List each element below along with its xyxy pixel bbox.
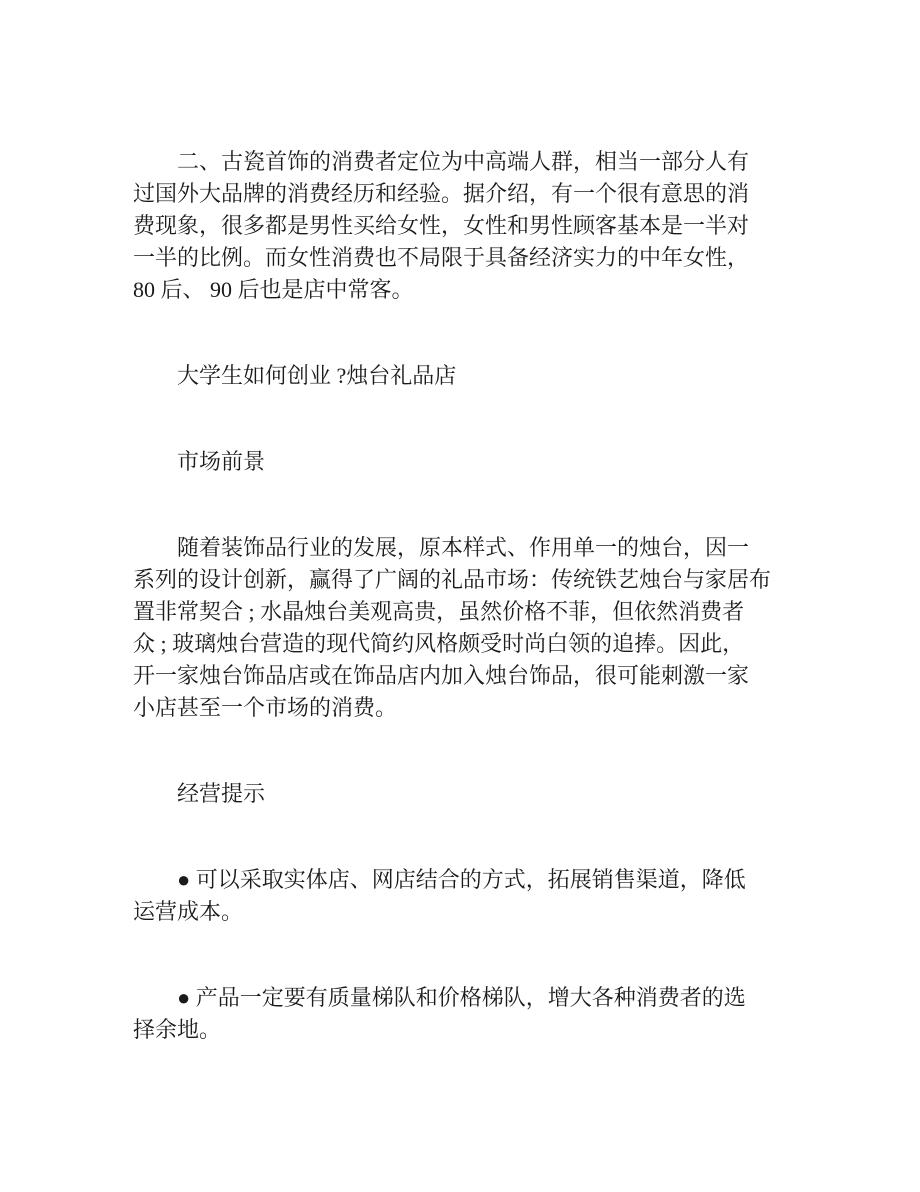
section-heading-candle-gift-shop: 大学生如何创业 ?烛台礼品店 [133, 360, 813, 392]
subheading-market-outlook: 市场前景 [133, 446, 813, 478]
subheading-business-tips: 经营提示 [133, 778, 813, 810]
document-page: 二、古瓷首饰的消费者定位为中高端人群，相当一部分人有 过国外大品牌的消费经历和经… [0, 0, 920, 1192]
bullet-item-sales-channels: ● 可以采取实体店、网店结合的方式，拓展销售渠道，降低 运营成本。 [133, 864, 813, 928]
bullet-item-product-tiers: ● 产品一定要有质量梯队和价格梯队，增大各种消费者的选 择余地。 [133, 982, 813, 1046]
paragraph-consumer-positioning: 二、古瓷首饰的消费者定位为中高端人群，相当一部分人有 过国外大品牌的消费经历和经… [133, 146, 813, 306]
paragraph-market-outlook: 随着装饰品行业的发展，原本样式、作用单一的烛台，因一 系列的设计创新，赢得了广阔… [133, 532, 813, 724]
